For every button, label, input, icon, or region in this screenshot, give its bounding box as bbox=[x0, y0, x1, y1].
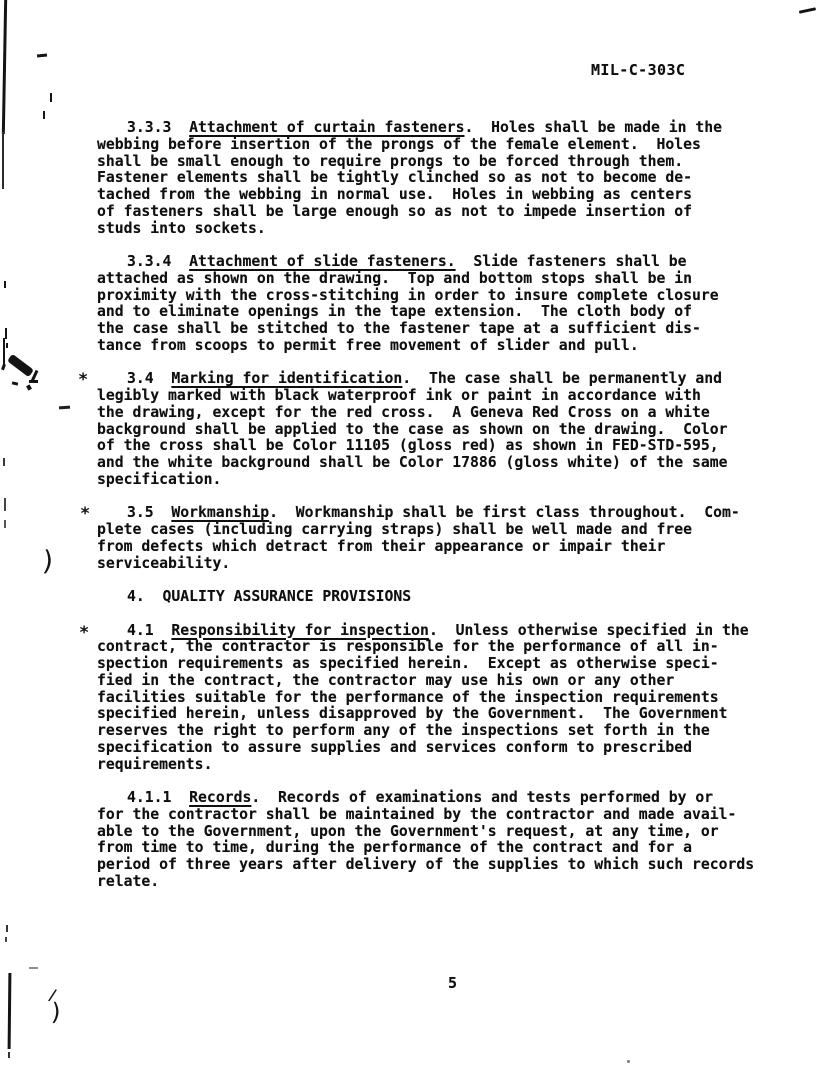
text-line: specification. bbox=[97, 472, 797, 489]
text-line: proximity with the cross-stitching in or… bbox=[97, 288, 797, 305]
ink-smudge bbox=[12, 381, 19, 385]
text-line: attached as shown on the drawing. Top an… bbox=[97, 271, 797, 288]
page-number: 5 bbox=[448, 975, 457, 992]
text-line: studs into sockets. bbox=[97, 221, 797, 238]
scan-speck bbox=[6, 925, 8, 932]
scan-speck bbox=[4, 520, 6, 528]
text-line: specification to assure supplies and ser… bbox=[97, 740, 797, 757]
text-line: Fastener elements shall be tightly clinc… bbox=[97, 170, 797, 187]
text-line: spection requirements as specified herei… bbox=[97, 656, 797, 673]
paragraph-4-1-1: 4.1.1 Records. Records of examinations a… bbox=[97, 790, 797, 891]
paragraph-3-4: 3.4 Marking for identification. The case… bbox=[97, 371, 797, 488]
margin-paren-mark: ) bbox=[39, 547, 57, 576]
scan-speck bbox=[5, 328, 7, 339]
paragraph-3-5: 3.5 Workmanship. Workmanship shall be fi… bbox=[97, 505, 797, 572]
margin-dash-mark bbox=[59, 406, 70, 410]
scan-edge-line-top bbox=[2, 0, 7, 134]
paragraph-first-line: 3.5 Workmanship. Workmanship shall be fi… bbox=[97, 505, 797, 522]
scan-speck bbox=[5, 937, 7, 942]
margin-tick bbox=[50, 93, 52, 102]
paragraph-first-line: 3.4 Marking for identification. The case… bbox=[97, 371, 797, 388]
text-line: of fasteners shall be large enough so as… bbox=[97, 204, 797, 221]
scan-edge-line-mid bbox=[3, 338, 5, 366]
section-heading: Responsibility for inspection bbox=[171, 622, 429, 639]
text-line: facilities suitable for the performance … bbox=[97, 690, 797, 707]
margin-tick bbox=[43, 111, 45, 119]
scan-speck bbox=[4, 498, 6, 511]
section-heading: Attachment of curtain fasteners bbox=[189, 119, 464, 136]
text-line: the drawing, except for the red cross. A… bbox=[97, 405, 797, 422]
text-line: shall be small enough to require prongs … bbox=[97, 154, 797, 171]
margin-tick bbox=[37, 53, 47, 57]
text-line: legibly marked with black waterproof ink… bbox=[97, 388, 797, 405]
section-heading: Marking for identification bbox=[171, 370, 402, 387]
scan-speck bbox=[4, 281, 6, 288]
scan-edge-line-faint bbox=[2, 132, 4, 189]
margin-asterisk-4-1: * bbox=[79, 625, 89, 641]
text-line: and to eliminate openings in the tape ex… bbox=[97, 304, 797, 321]
ink-smudge bbox=[1, 364, 6, 371]
text-line: able to the Government, upon the Governm… bbox=[97, 824, 797, 841]
text-line: requirements. bbox=[97, 757, 797, 774]
text-line: from time to time, during the performanc… bbox=[97, 840, 797, 857]
scan-speck bbox=[8, 1052, 10, 1058]
text-line: of the cross shall be Color 11105 (gloss… bbox=[97, 438, 797, 455]
scan-speck bbox=[627, 1060, 630, 1063]
text-line: for the contractor shall be maintained b… bbox=[97, 807, 797, 824]
paragraph-3-3-4: 3.3.4 Attachment of slide fasteners. Sli… bbox=[97, 254, 797, 355]
bottom-paren-mark: ) bbox=[48, 1000, 64, 1026]
text-line: contract, the contractor is responsible … bbox=[97, 639, 797, 656]
ink-smudge bbox=[29, 380, 38, 383]
text-line: fied in the contract, the contractor may… bbox=[97, 673, 797, 690]
scanned-page: MIL-C-303C 3.3.3 Attachment of curtain f… bbox=[0, 0, 820, 1070]
margin-asterisk-3-5: * bbox=[80, 506, 90, 522]
scan-edge-line-bottom bbox=[8, 973, 11, 1049]
paragraph-first-line: 3.3.4 Attachment of slide fasteners. Sli… bbox=[97, 254, 797, 271]
text-line: the case shall be stitched to the fasten… bbox=[97, 321, 797, 338]
text-line: reserves the right to perform any of the… bbox=[97, 723, 797, 740]
ink-smudge bbox=[7, 354, 34, 377]
scan-speck bbox=[3, 458, 5, 466]
document-body: 3.3.3 Attachment of curtain fasteners. H… bbox=[97, 120, 797, 891]
text-line: webbing before insertion of the prongs o… bbox=[97, 137, 797, 154]
paragraph-first-line: 4.1.1 Records. Records of examinations a… bbox=[97, 790, 797, 807]
text-line: serviceability. bbox=[97, 556, 797, 573]
text-line: specified herein, unless disapproved by … bbox=[97, 706, 797, 723]
scan-speck bbox=[6, 343, 8, 348]
ink-smudge bbox=[26, 384, 32, 390]
text-line: plete cases (including carrying straps) … bbox=[97, 522, 797, 539]
bottom-dash-mark bbox=[29, 967, 38, 969]
paragraph-3-3-3: 3.3.3 Attachment of curtain fasteners. H… bbox=[97, 120, 797, 237]
text-line: tached from the webbing in normal use. H… bbox=[97, 187, 797, 204]
paragraph-first-line: 4.1 Responsibility for inspection. Unles… bbox=[97, 623, 797, 640]
document-number: MIL-C-303C bbox=[591, 62, 685, 79]
text-line: period of three years after delivery of … bbox=[97, 857, 797, 874]
text-line: tance from scoops to permit free movemen… bbox=[97, 338, 797, 355]
top-right-dash-mark bbox=[799, 7, 816, 14]
text-line: from defects which detract from their ap… bbox=[97, 539, 797, 556]
text-line: background shall be applied to the case … bbox=[97, 422, 797, 439]
section-heading: Records bbox=[189, 789, 251, 806]
margin-asterisk-3-4: * bbox=[78, 372, 88, 388]
paragraph-first-line: 4. QUALITY ASSURANCE PROVISIONS bbox=[97, 589, 797, 606]
text-line: and the white background shall be Color … bbox=[97, 455, 797, 472]
section-heading: Attachment of slide fasteners. bbox=[189, 253, 455, 270]
paragraph-4: 4. QUALITY ASSURANCE PROVISIONS bbox=[97, 589, 797, 606]
paragraph-4-1: 4.1 Responsibility for inspection. Unles… bbox=[97, 623, 797, 774]
paragraph-first-line: 3.3.3 Attachment of curtain fasteners. H… bbox=[97, 120, 797, 137]
text-line: relate. bbox=[97, 874, 797, 891]
section-heading: Workmanship bbox=[171, 504, 269, 521]
